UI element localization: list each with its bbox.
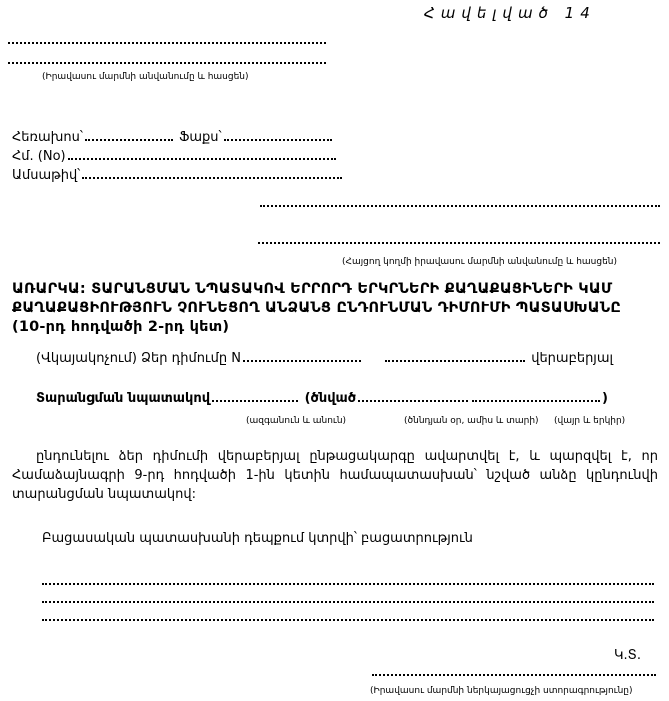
recipient-line-1[interactable]	[260, 205, 660, 207]
birth-place-field[interactable]	[472, 399, 600, 402]
signature-caption: (Իրավասու մարմնի ներկայացուցչի ստորագրու…	[370, 686, 633, 696]
subject-line-1: ԱՌԱՐԿԱ: ՏԱՐԱՆՑՄԱՆ ՆՊԱՏԱԿՈՎ ԵՐՐՈՐԴ ԵՐԿՐՆԵ…	[12, 280, 621, 299]
issuer-line-1[interactable]	[8, 42, 326, 44]
number-label: Հմ. (No)	[12, 149, 66, 164]
subject-line-2: ՔԱՂԱՔԱՑԻՈՒԹՅՈՒՆ ՉՈՒՆԵՑՈՂ ԱՆՁԱՆՑ ԸՆԴՈՒՆՄԱ…	[12, 299, 621, 318]
explanation-line-1[interactable]	[42, 583, 654, 585]
signature-line[interactable]	[372, 674, 656, 676]
issuer-caption: (Իրավասու մարմնի անվանումը և հասցեն)	[42, 72, 249, 82]
refusal-label: Բացասական պատասխանի դեպքում կտրվի՝ բացատ…	[42, 531, 473, 546]
seal-label: Կ.Տ.	[614, 648, 641, 663]
body-paragraph: ընդունելու ձեր դիմումի վերաբերյալ ընթացա…	[12, 447, 658, 504]
born-label: (ծնված	[305, 391, 356, 406]
date-row: Ամսաթիվ՝	[12, 168, 344, 183]
caption-dob: (ծննդյան օր, ամիս և տարի)	[404, 416, 539, 426]
annex-label: Հավելված 14	[424, 4, 596, 22]
birth-date-field[interactable]	[358, 399, 468, 402]
fax-field[interactable]	[224, 138, 332, 141]
recipient-line-2[interactable]	[258, 242, 660, 244]
body-text: ընդունելու ձեր դիմումի վերաբերյալ ընթացա…	[12, 449, 658, 502]
person-name-field[interactable]	[212, 399, 298, 402]
reference-row: (Վկայակոչում) Ձեր դիմումը N վերաբերյալ	[36, 351, 613, 366]
reference-suffix: վերաբերյալ	[531, 351, 613, 366]
number-row: Հմ. (No)	[12, 149, 338, 164]
transit-label: Տարանցման նպատակով	[36, 391, 210, 406]
number-field[interactable]	[68, 157, 336, 160]
subject-heading: ԱՌԱՐԿԱ: ՏԱՐԱՆՑՄԱՆ ՆՊԱՏԱԿՈՎ ԵՐՐՈՐԴ ԵՐԿՐՆԵ…	[12, 280, 621, 337]
explanation-line-2[interactable]	[42, 601, 654, 603]
date-label: Ամսաթիվ՝	[12, 168, 80, 183]
phone-field[interactable]	[85, 138, 173, 141]
reference-detail-field[interactable]	[385, 359, 525, 362]
phone-label: Հեռախոս՝	[12, 130, 83, 145]
phone-fax-row: Հեռախոս՝ Ֆաքս՝	[12, 130, 334, 145]
recipient-caption: (Հայցող կողմի իրավասու մարմնի անվանումը …	[342, 257, 617, 267]
reference-prefix: (Վկայակոչում) Ձեր դիմումը N	[36, 351, 241, 366]
date-field[interactable]	[82, 176, 342, 179]
fax-label: Ֆաքս՝	[179, 130, 222, 145]
explanation-line-3[interactable]	[42, 619, 654, 621]
caption-place: (վայր և երկիր)	[554, 416, 625, 426]
subject-line-3: (10-րդ հոդվածի 2-րդ կետ)	[12, 318, 621, 337]
caption-name: (ազգանուն և անուն)	[246, 416, 346, 426]
request-number-field[interactable]	[243, 359, 361, 362]
born-close: )	[602, 391, 608, 406]
transit-row: Տարանցման նպատակով (ծնված)	[36, 391, 608, 406]
issuer-line-2[interactable]	[8, 62, 326, 64]
